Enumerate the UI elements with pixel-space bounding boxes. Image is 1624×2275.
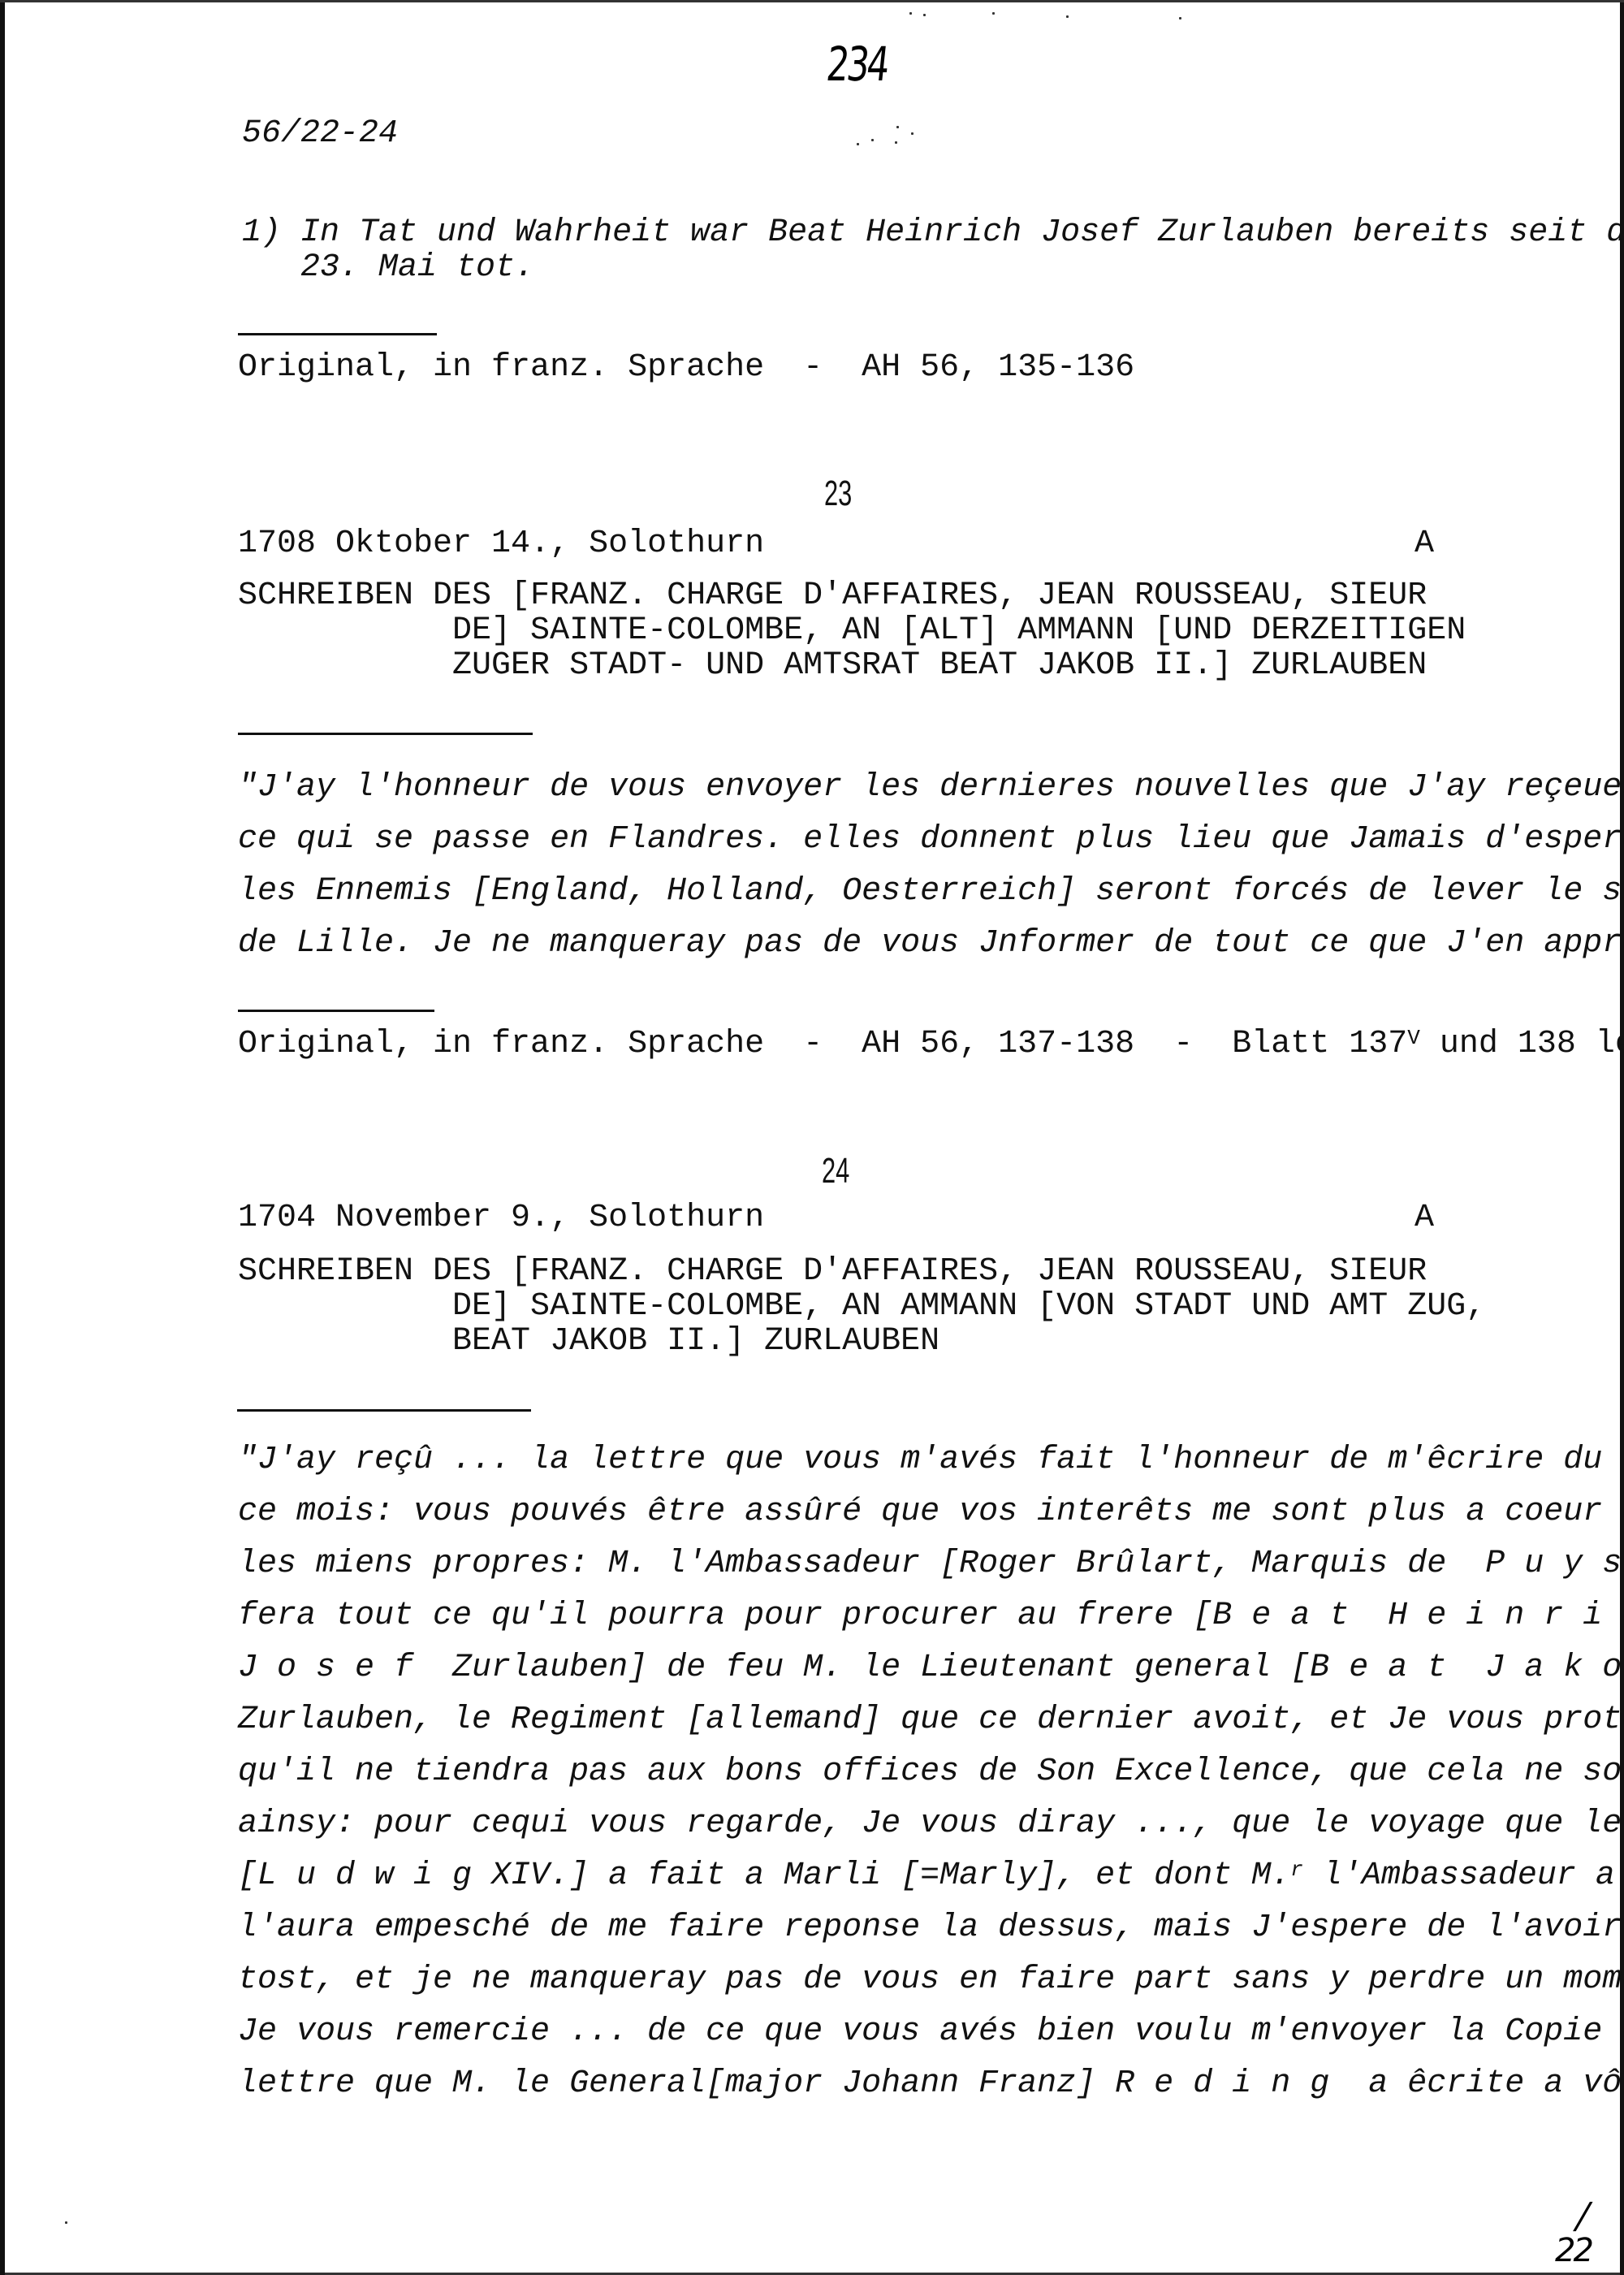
scan-speck	[871, 139, 874, 141]
letter-text-line: "J'ay reçû ... la lettre que vous m'avés…	[238, 1442, 1624, 1478]
scan-speck	[896, 126, 899, 128]
separator-rule	[238, 733, 533, 735]
document-number: 23	[824, 474, 852, 514]
source-note: Original, in franz. Sprache - AH 56, 137…	[238, 1027, 1624, 1062]
letter-superscript: r	[1290, 1858, 1303, 1882]
check-mark-icon: /	[1571, 2195, 1594, 2237]
scan-speck	[1179, 17, 1181, 19]
letter-text-line: "J'ay l'honneur de vous envoyer les dern…	[238, 770, 1624, 806]
document-title-line: BEAT JAKOB II.] ZURLAUBEN	[238, 1324, 939, 1360]
letter-text-line: lettre que M. le General[major Johann Fr…	[238, 2066, 1624, 2102]
document-date-place: 1708 Oktober 14., Solothurn	[238, 526, 764, 562]
source-note-superscript: V	[1407, 1026, 1420, 1050]
document-type-marker: A	[1415, 526, 1434, 562]
letter-text-line: [L u d w i g XIV.] a fait a Marli [=Marl…	[238, 1858, 1624, 1894]
letter-text-line: Je vous remercie ... de ce que vous avés…	[238, 2014, 1624, 2050]
scan-speck	[857, 143, 859, 145]
separator-rule	[237, 1409, 531, 1412]
letter-text-line: les miens propres: M. l'Ambassadeur [Rog…	[238, 1546, 1624, 1582]
separator-rule	[238, 1010, 434, 1012]
document-date-place: 1704 November 9., Solothurn	[238, 1200, 764, 1236]
handwritten-page-number: 234	[824, 37, 890, 92]
document-title-line: SCHREIBEN DES [FRANZ. CHARGE D'AFFAIRES,…	[238, 578, 1427, 614]
letter-text-line: ce mois: vous pouvés être assûré que vos…	[238, 1494, 1624, 1530]
scan-speck	[923, 14, 926, 16]
letter-text-line: qu'il ne tiendra pas aux bons offices de…	[238, 1754, 1624, 1790]
letter-text-line: ce qui se passe en Flandres. elles donne…	[238, 822, 1624, 858]
scan-speck	[65, 2221, 67, 2224]
document-title-line: DE] SAINTE-COLOMBE, AN AMMANN [VON STADT…	[238, 1289, 1485, 1325]
document-title-line: ZUGER STADT- UND AMTSRAT BEAT JAKOB II.]…	[238, 648, 1427, 684]
separator-rule	[238, 333, 437, 335]
scan-speck	[992, 12, 995, 15]
letter-text-line: tost, et je ne manqueray pas de vous en …	[238, 1962, 1624, 1998]
footnote-line: 1) In Tat und Wahrheit war Beat Heinrich…	[242, 215, 1624, 251]
letter-text-line: fera tout ce qu'il pourra pour procurer …	[238, 1598, 1624, 1634]
document-page: 234 56/22-24 1) In Tat und Wahrheit war …	[0, 0, 1624, 2275]
document-title-line: DE] SAINTE-COLOMBE, AN [ALT] AMMANN [UND…	[238, 613, 1466, 649]
corner-number: 22	[1555, 2232, 1592, 2269]
scan-left-edge	[0, 2, 5, 2275]
scan-speck	[911, 132, 914, 135]
scan-speck	[895, 141, 897, 144]
letter-text: l'Ambassadeur a été,	[1303, 1858, 1624, 1894]
document-number: 24	[822, 1151, 849, 1192]
letter-text: "J'ay reçû ... la lettre que vous m'avés…	[238, 1442, 1624, 1478]
letter-text-line: les Ennemis [England, Holland, Oesterrei…	[238, 874, 1624, 910]
source-note-text: Original, in franz. Sprache - AH 56, 137…	[238, 1026, 1407, 1062]
letter-text-line: J o s e f Zurlauben] de feu M. le Lieute…	[238, 1650, 1624, 1686]
scan-speck	[909, 12, 912, 15]
letter-text-line: de Lille. Je ne manqueray pas de vous Jn…	[238, 926, 1624, 962]
scan-speck	[1066, 15, 1069, 18]
letter-text-line: ainsy: pour cequi vous regarde, Je vous …	[238, 1806, 1624, 1842]
source-note-text: und 138 leer	[1420, 1026, 1624, 1062]
letter-text-line: l'aura empesché de me faire reponse la d…	[238, 1910, 1624, 1946]
source-note: Original, in franz. Sprache - AH 56, 135…	[238, 350, 1134, 386]
document-title-line: SCHREIBEN DES [FRANZ. CHARGE D'AFFAIRES,…	[238, 1254, 1427, 1290]
letter-text: [L u d w i g XIV.] a fait a Marli [=Marl…	[238, 1858, 1290, 1894]
letter-text-line: Zurlauben, le Regiment [allemand] que ce…	[238, 1702, 1624, 1738]
document-reference: 56/22-24	[242, 116, 398, 152]
footnote-line: 23. Mai tot.	[242, 250, 534, 286]
document-type-marker: A	[1415, 1200, 1434, 1236]
